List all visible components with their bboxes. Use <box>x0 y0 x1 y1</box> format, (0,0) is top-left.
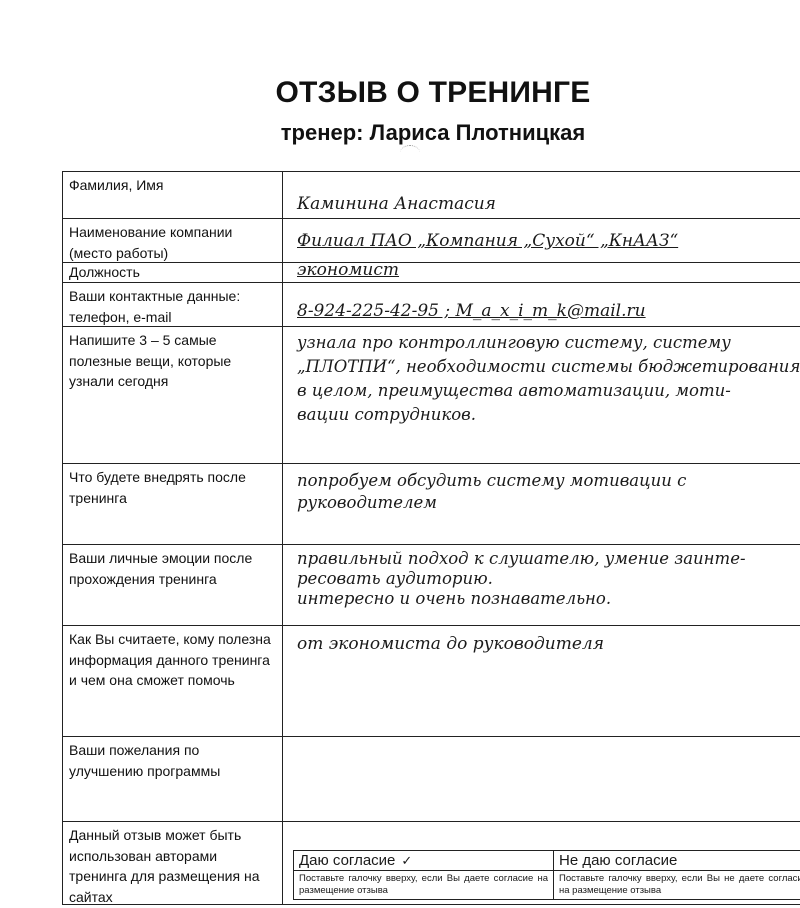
handwritten-line: Каминина Анастасия <box>297 172 800 214</box>
feedback-form: Фамилия, Имя Каминина Анастасия Наименов… <box>62 171 800 905</box>
handwritten-line: „ПЛОТПИ“, необходимости системы бюджетир… <box>297 355 800 379</box>
field-contacts[interactable]: 8-924-225-42-95 ; M_a_x_i_m_k@mail.ru <box>283 283 800 326</box>
consent-area: Даю согласие✓ Поставьте галочку вверху, … <box>283 822 800 904</box>
handwritten-line: ресовать аудиторию. <box>297 569 800 589</box>
consent-disagree-label: Не даю согласие <box>559 852 677 869</box>
row-consent: Данный отзыв может быть использован авто… <box>63 822 800 905</box>
handwritten-line: Филиал ПАО „Компания „Сухой“ „КнААЗ“ <box>297 219 800 251</box>
consent-agree-option[interactable]: Даю согласие✓ Поставьте галочку вверху, … <box>294 851 554 900</box>
row-contacts: Ваши контактные данные: телефон, e-mail … <box>63 283 800 327</box>
field-company[interactable]: Филиал ПАО „Компания „Сухой“ „КнААЗ“ <box>283 219 800 262</box>
label-useful-for: Как Вы считаете, кому полезна информация… <box>63 626 283 736</box>
row-position: Должность экономист <box>63 263 800 283</box>
trainer-subtitle: тренер: Лариса Плотницкая <box>0 120 800 146</box>
handwritten-line: вации сотрудников. <box>297 403 800 427</box>
handwritten-line: 8-924-225-42-95 ; M_a_x_i_m_k@mail.ru <box>297 283 800 321</box>
field-position[interactable]: экономист <box>283 263 800 282</box>
field-full-name[interactable]: Каминина Анастасия <box>283 172 800 218</box>
field-wishes[interactable] <box>283 737 800 821</box>
row-useful-things: Напишите 3 – 5 самые полезные вещи, кото… <box>63 327 800 464</box>
consent-disagree-header[interactable]: Не даю согласие <box>554 851 800 871</box>
handwritten-line: правильный подход к слушателю, умение за… <box>297 549 800 569</box>
handwritten-line: руководителем <box>297 492 800 514</box>
handwritten-line: экономист <box>297 260 800 280</box>
consent-agree-note: Поставьте галочку вверху, если Вы даете … <box>294 871 553 899</box>
field-useful-things[interactable]: узнала про контроллинговую систему, сист… <box>283 327 800 463</box>
scan-artifact <box>400 145 420 160</box>
label-position: Должность <box>63 263 283 282</box>
row-full-name: Фамилия, Имя Каминина Анастасия <box>63 172 800 219</box>
consent-disagree-option[interactable]: Не даю согласие Поставьте галочку вверху… <box>554 851 800 900</box>
row-useful-for: Как Вы считаете, кому полезна информация… <box>63 626 800 737</box>
label-contacts: Ваши контактные данные: телефон, e-mail <box>63 283 283 326</box>
label-emotions: Ваши личные эмоции после прохождения тре… <box>63 545 283 625</box>
handwritten-line: в целом, преимущества автоматизации, мот… <box>297 379 800 403</box>
consent-disagree-note: Поставьте галочку вверху, если Вы не дае… <box>554 871 800 899</box>
field-emotions[interactable]: правильный подход к слушателю, умение за… <box>283 545 800 625</box>
consent-table: Даю согласие✓ Поставьте галочку вверху, … <box>293 850 800 900</box>
row-wishes: Ваши пожелания по улучшению программы <box>63 737 800 822</box>
row-company: Наименование компании (место работы) Фил… <box>63 219 800 263</box>
label-useful-things: Напишите 3 – 5 самые полезные вещи, кото… <box>63 327 283 463</box>
row-implement: Что будете внедрять после тренинга попро… <box>63 464 800 545</box>
label-consent: Данный отзыв может быть использован авто… <box>63 822 283 904</box>
label-implement: Что будете внедрять после тренинга <box>63 464 283 544</box>
handwritten-line: от экономиста до руководителя <box>297 626 800 654</box>
checkmark-icon: ✓ <box>401 853 412 868</box>
label-company: Наименование компании (место работы) <box>63 219 283 262</box>
consent-agree-header[interactable]: Даю согласие✓ <box>294 851 553 871</box>
label-wishes: Ваши пожелания по улучшению программы <box>63 737 283 821</box>
field-useful-for[interactable]: от экономиста до руководителя <box>283 626 800 736</box>
handwritten-line: попробуем обсудить систему мотивации с <box>297 470 800 492</box>
page-title: ОТЗЫВ О ТРЕНИНГЕ <box>0 76 800 110</box>
label-full-name: Фамилия, Имя <box>63 172 283 218</box>
field-implement[interactable]: попробуем обсудить систему мотивации с р… <box>283 464 800 544</box>
handwritten-line: узнала про контроллинговую систему, сист… <box>297 331 800 355</box>
consent-agree-label: Даю согласие <box>299 852 395 869</box>
row-emotions: Ваши личные эмоции после прохождения тре… <box>63 545 800 626</box>
handwritten-line: интересно и очень познавательно. <box>297 589 800 609</box>
